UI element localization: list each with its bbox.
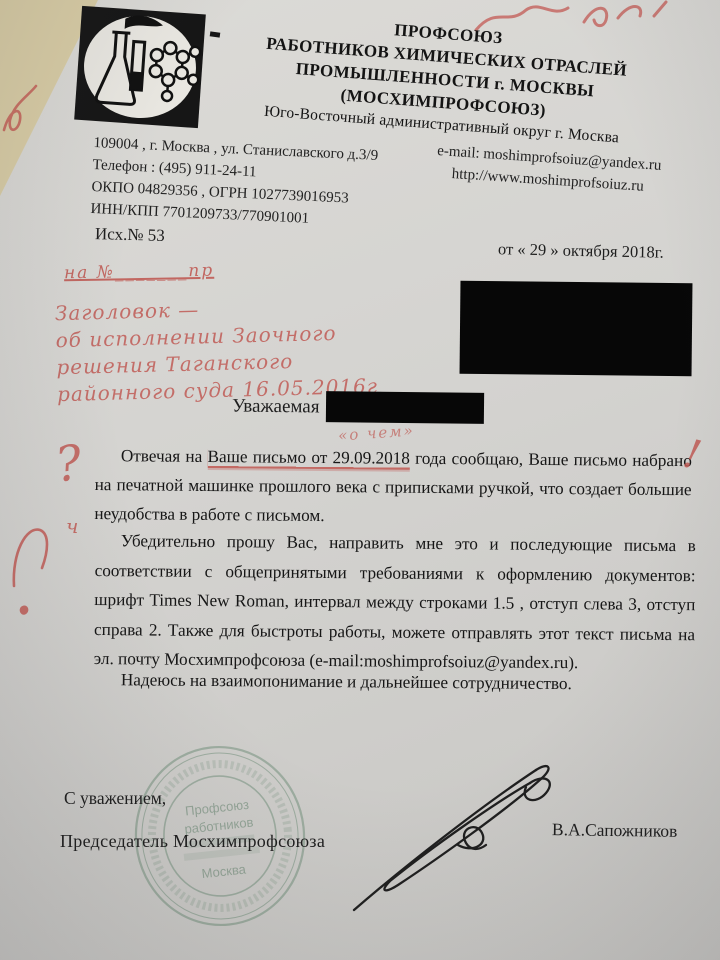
red-reply-number-note: на №_______пр — [64, 261, 214, 284]
p1-prefix: Отвечая на — [121, 446, 208, 466]
red-dot-mark-icon — [16, 602, 32, 620]
red-scribble-desk-icon — [0, 78, 42, 142]
red-check-letter: ч — [66, 514, 78, 538]
signature — [340, 745, 570, 920]
closing-line: С уважением, — [64, 788, 166, 809]
paragraph-2: Убедительно прошу Вас, направить мне это… — [94, 526, 696, 679]
p1-underlined-red: Ваше письмо от 29.09.2018 — [207, 447, 410, 468]
red-note-o-chem: «о чем» — [337, 421, 415, 444]
letter-photo: ПРОФСОЮЗ РАБОТНИКОВ ХИМИЧЕСКИХ ОТРАСЛЕЙ … — [0, 0, 720, 960]
email-block: e-mail: moshimprofsoiuz@yandex.ru http:/… — [435, 140, 662, 199]
signer-name: В.А.Сапожников — [552, 819, 678, 842]
chemistry-flask-logo — [72, 4, 208, 131]
red-arc-mark-icon — [6, 518, 61, 593]
red-exclamation-mark: ! — [679, 431, 706, 480]
red-question-mark: ? — [52, 434, 85, 493]
outgoing-number: Исх.№ 53 — [95, 224, 165, 246]
stamp-text: Москва — [201, 861, 247, 881]
salutation-label: Уважаемая — [232, 396, 320, 419]
signer-title: Председатель Мосхимпрофсоюза — [60, 831, 325, 852]
contact-block: 109004 , г. Москва , ул. Станиславского … — [90, 132, 379, 233]
paragraph-3: Надеюсь на взаимопонимание и дальнейшее … — [95, 665, 692, 699]
date-line: от « 29 » октября 2018г. — [498, 239, 664, 262]
paragraph-1: Отвечая на Ваше письмо от 29.09.2018 год… — [94, 441, 692, 533]
redaction-box-name — [326, 391, 484, 424]
redaction-box-large — [460, 281, 693, 376]
